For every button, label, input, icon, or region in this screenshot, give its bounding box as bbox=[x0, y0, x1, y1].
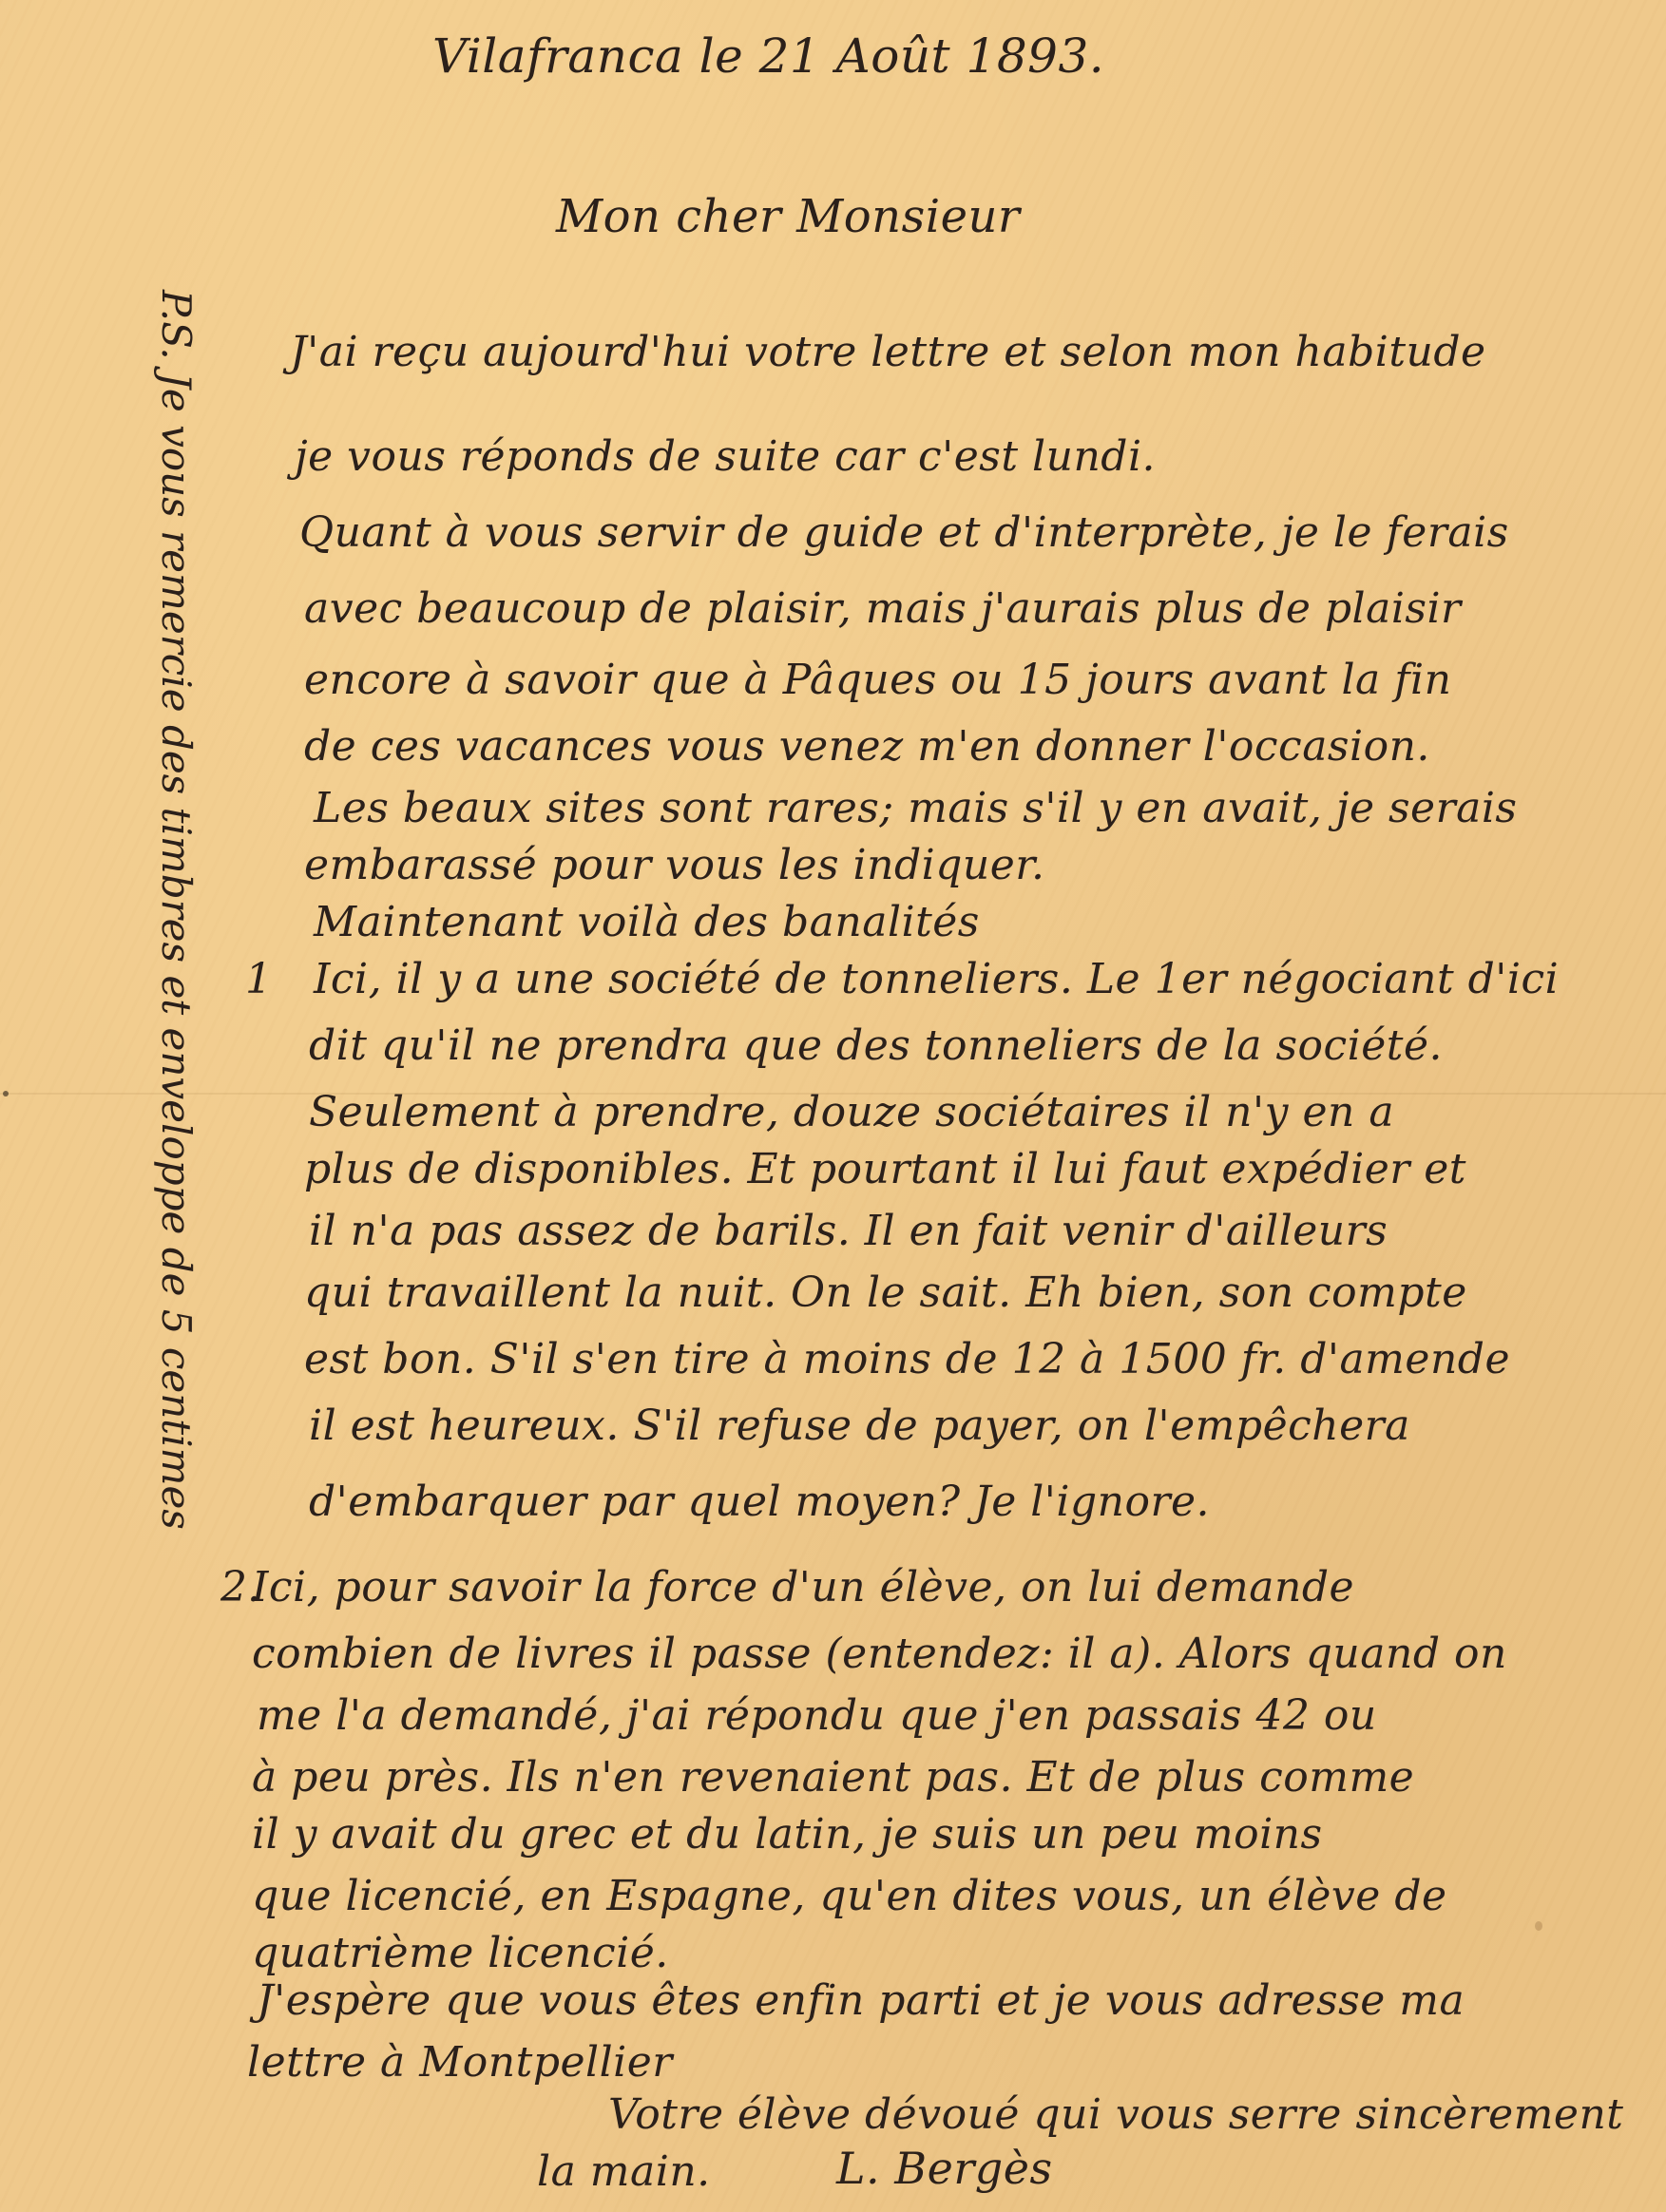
closing-line: Votre élève dévoué qui vous serre sincèr… bbox=[608, 2090, 1623, 2139]
ink-spot bbox=[3, 1091, 9, 1096]
letter-line: dit qu'il ne prendra que des tonneliers … bbox=[309, 1021, 1443, 1070]
postscript-margin-note: P.S. Je vous remercie des timbres et env… bbox=[153, 290, 200, 1530]
letter-line: Ici, il y a une société de tonneliers. L… bbox=[314, 955, 1559, 1003]
letter-line: embarassé pour vous les indiquer. bbox=[304, 841, 1044, 889]
letter-line: je vous réponds de suite car c'est lundi… bbox=[295, 432, 1156, 481]
letter-line: J'espère que vous êtes enfin parti et je… bbox=[257, 1976, 1465, 2025]
letter-line: me l'a demandé, j'ai répondu que j'en pa… bbox=[257, 1691, 1377, 1740]
letter-line: il est heureux. S'il refuse de payer, on… bbox=[309, 1402, 1410, 1450]
letter-line: lettre à Montpellier bbox=[247, 2038, 673, 2087]
letter-line: d'embarquer par quel moyen? Je l'ignore. bbox=[309, 1478, 1210, 1526]
letter-line: Maintenant voilà des banalités bbox=[314, 898, 980, 946]
letter-line: de ces vacances vous venez m'en donner l… bbox=[304, 722, 1430, 771]
letter-line: est bon. S'il s'en tire à moins de 12 à … bbox=[304, 1335, 1510, 1383]
letter-line: J'ai reçu aujourd'hui votre lettre et se… bbox=[290, 328, 1486, 376]
letter-line: Ici, pour savoir la force d'un élève, on… bbox=[252, 1563, 1354, 1611]
letter-line: avec beaucoup de plaisir, mais j'aurais … bbox=[304, 584, 1462, 633]
letter-line: que licencié, en Espagne, qu'en dites vo… bbox=[252, 1872, 1447, 1920]
salutation: Mon cher Monsieur bbox=[556, 190, 1020, 243]
letter-line: à peu près. Ils n'en revenaient pas. Et … bbox=[252, 1753, 1414, 1802]
letter-line: encore à savoir que à Pâques ou 15 jours… bbox=[304, 656, 1451, 704]
letter-line: plus de disponibles. Et pourtant il lui … bbox=[304, 1145, 1466, 1193]
letter-page: Vilafranca le 21 Août 1893. Mon cher Mon… bbox=[0, 0, 1666, 2212]
closing-line: la main. bbox=[537, 2147, 711, 2196]
place-date: Vilafranca le 21 Août 1893. bbox=[432, 29, 1104, 84]
list-number: 1 bbox=[245, 955, 272, 1003]
letter-line: il y avait du grec et du latin, je suis … bbox=[252, 1810, 1323, 1859]
letter-line: qui travaillent la nuit. On le sait. Eh … bbox=[304, 1268, 1467, 1317]
letter-line: Quant à vous servir de guide et d'interp… bbox=[299, 508, 1509, 557]
letter-line: Seulement à prendre, douze sociétaires i… bbox=[309, 1088, 1394, 1136]
letter-line: quatrième licencié. bbox=[252, 1929, 669, 1977]
letter-line: il n'a pas assez de barils. Il en fait v… bbox=[309, 1207, 1388, 1255]
signature: L. Bergès bbox=[836, 2143, 1053, 2194]
letter-line: Les beaux sites sont rares; mais s'il y … bbox=[314, 784, 1518, 832]
ink-spot bbox=[1535, 1921, 1542, 1931]
letter-line: combien de livres il passe (entendez: il… bbox=[252, 1630, 1507, 1678]
